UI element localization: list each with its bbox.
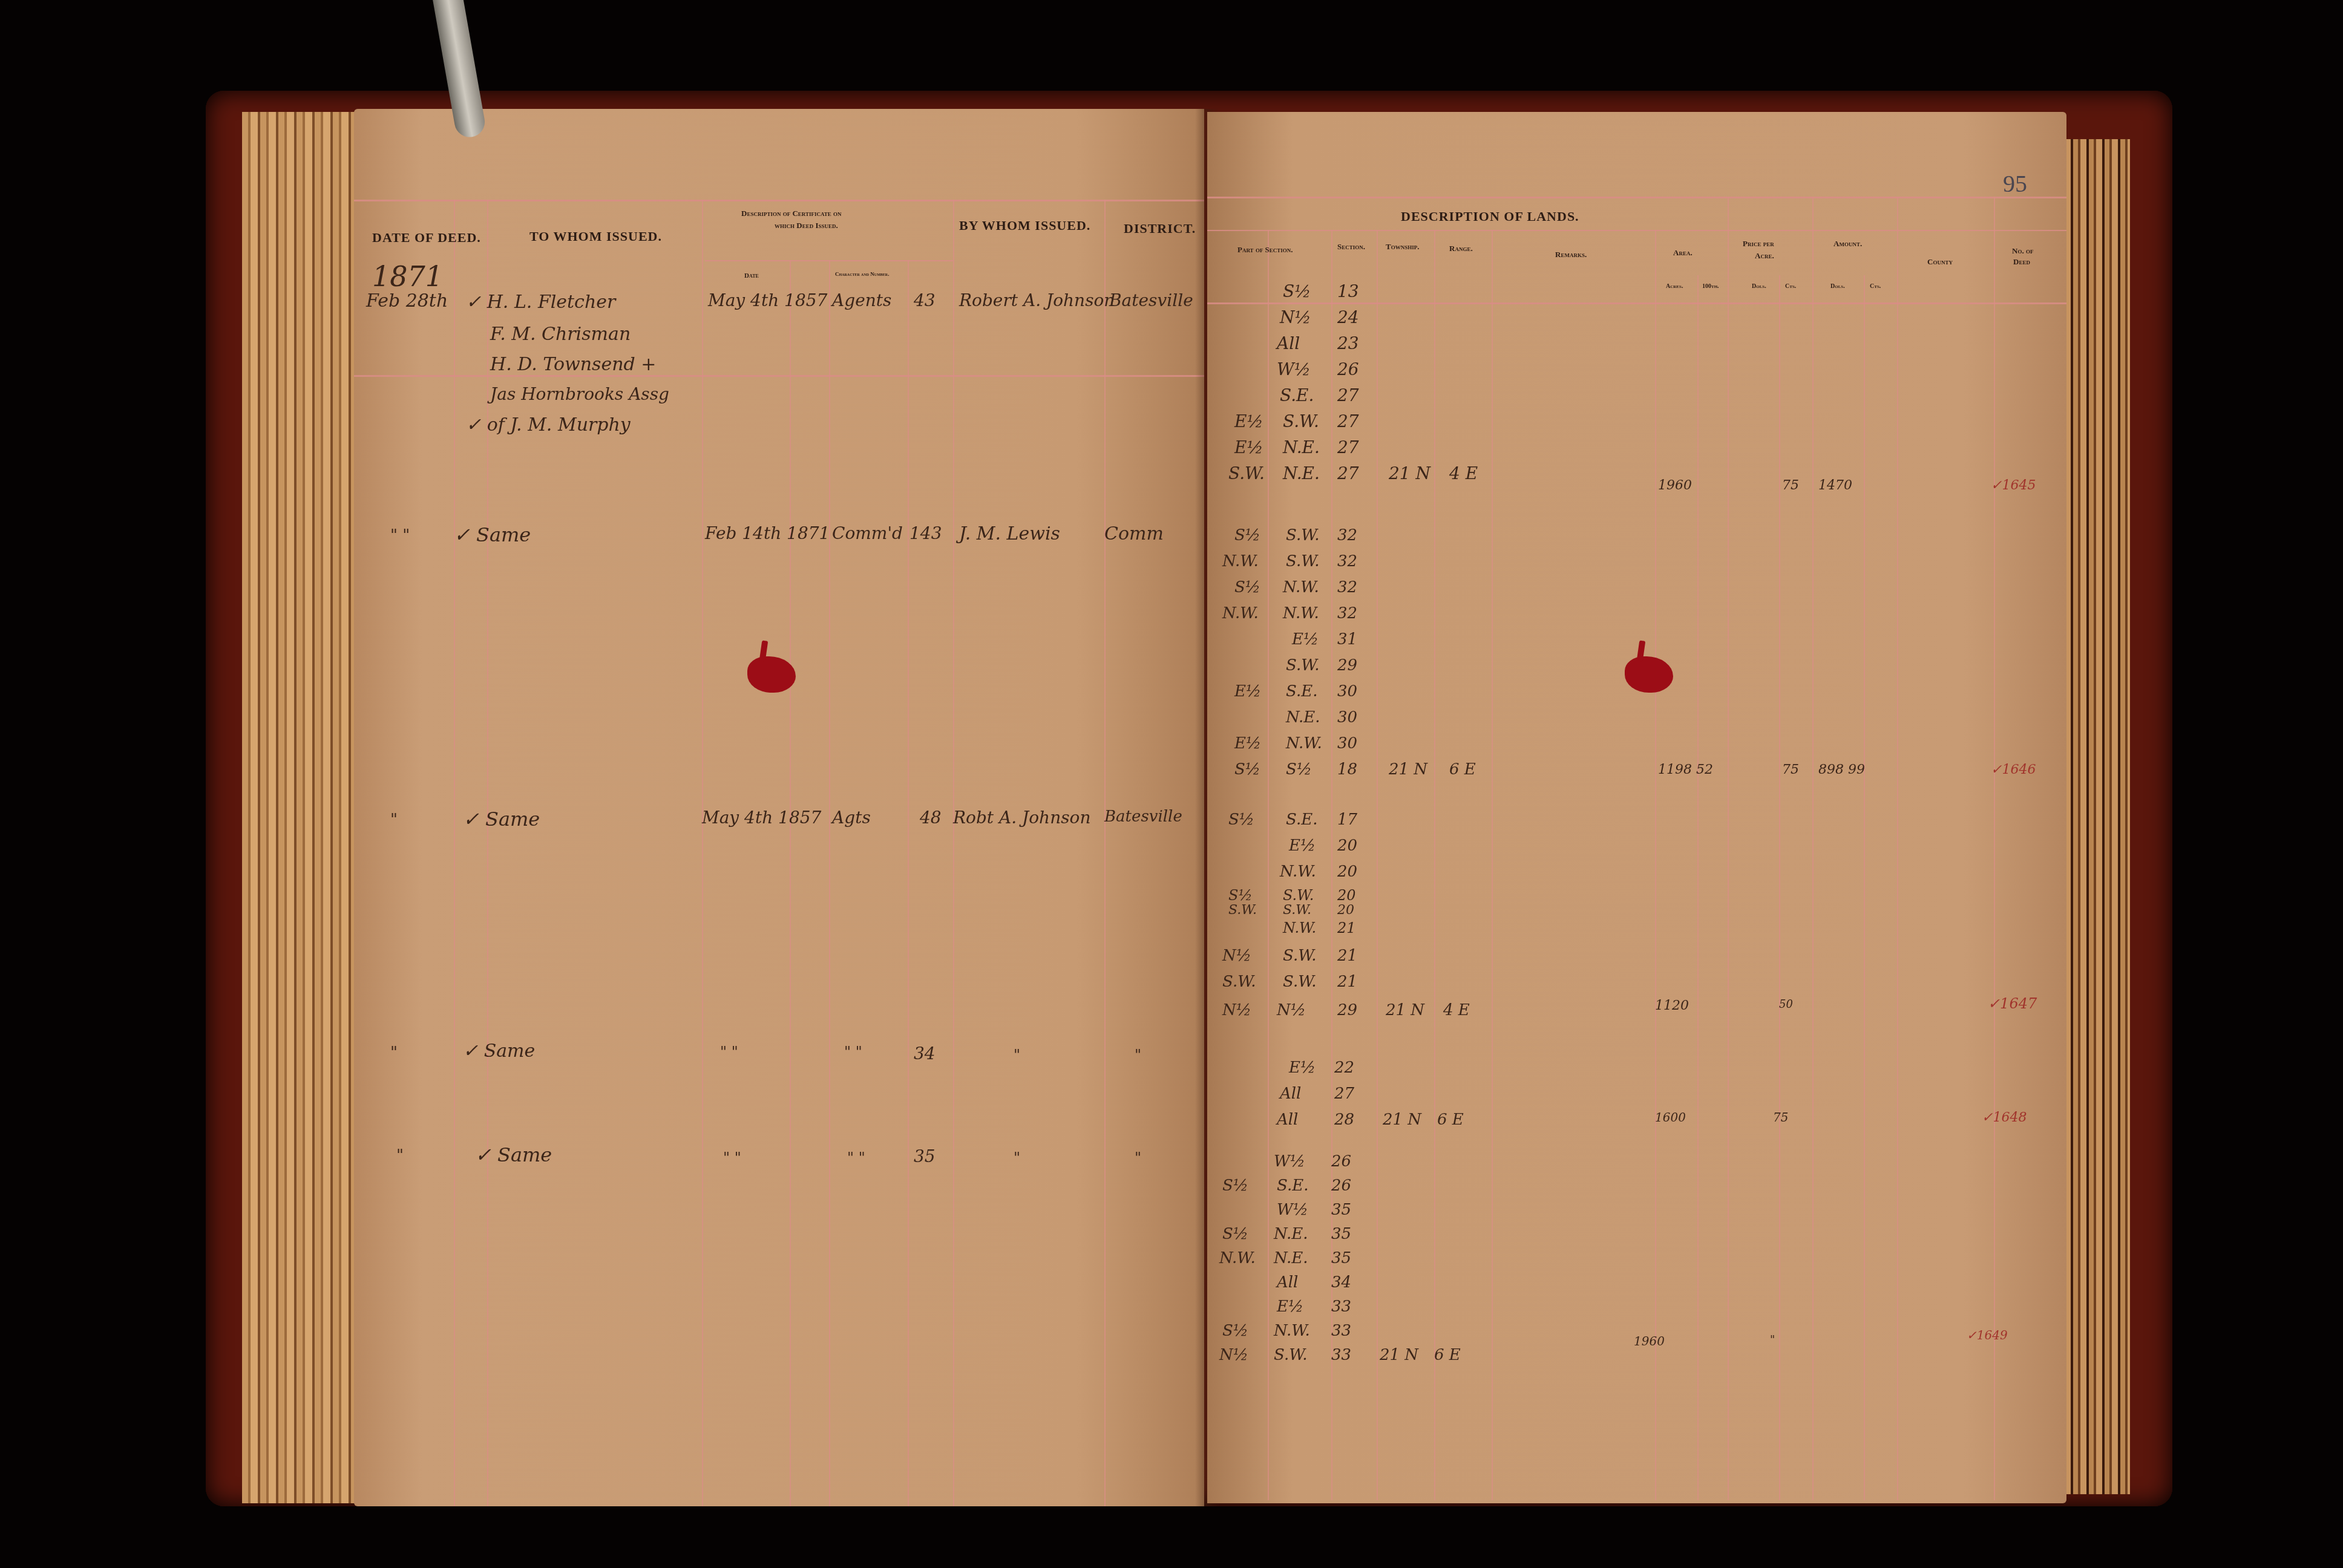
land-sub: S.W. bbox=[1283, 947, 1317, 965]
col-rule bbox=[829, 260, 830, 1506]
land-section: 24 bbox=[1337, 307, 1359, 327]
land-sub: S.W. bbox=[1283, 887, 1314, 904]
land-sub: W½ bbox=[1274, 1152, 1305, 1171]
header-description-of-lands: DESCRIPTION OF LANDS. bbox=[1401, 209, 1579, 224]
land-section: 30 bbox=[1337, 682, 1357, 701]
col-rule bbox=[487, 200, 488, 1506]
land-section: 30 bbox=[1337, 708, 1357, 727]
land-section: 17 bbox=[1337, 811, 1357, 829]
land-section: 22 bbox=[1334, 1059, 1354, 1077]
land-range: 6 E bbox=[1449, 760, 1476, 779]
entry-4-date: " bbox=[390, 1044, 398, 1062]
col-rule bbox=[1864, 275, 1865, 1500]
header-to-whom-issued: TO WHOM ISSUED. bbox=[529, 229, 662, 244]
land-section: 29 bbox=[1337, 656, 1357, 675]
entry-5-district: " bbox=[1135, 1149, 1141, 1166]
header-hundredths: 100th. bbox=[1702, 283, 1719, 290]
land-section: 35 bbox=[1331, 1249, 1351, 1267]
land-sub: N.W. bbox=[1283, 920, 1316, 936]
col-rule bbox=[1779, 275, 1780, 1500]
land-sub: S.W. bbox=[1286, 552, 1320, 570]
land-part: N½ bbox=[1222, 1001, 1251, 1019]
land-section: 27 bbox=[1337, 411, 1359, 431]
land-range: 6 E bbox=[1434, 1346, 1461, 1364]
land-section: 20 bbox=[1337, 863, 1357, 881]
land-sub: N½ bbox=[1277, 1001, 1306, 1019]
land-sub: S.W. bbox=[1286, 656, 1320, 675]
land-section: 27 bbox=[1337, 385, 1359, 405]
col-rule bbox=[953, 200, 954, 1506]
land-sub: S.E. bbox=[1286, 682, 1317, 701]
land-sub: N.W. bbox=[1283, 604, 1319, 622]
year: 1871 bbox=[372, 260, 443, 293]
entry-3-grantee: ✓ Same bbox=[463, 808, 540, 831]
entry-1-issuer: Robert A. Johnson bbox=[959, 290, 1115, 310]
entry-1-amount: 1470 bbox=[1818, 478, 1852, 493]
header-cert-desc-2: which Deed Issued. bbox=[775, 221, 838, 230]
land-part: S½ bbox=[1234, 526, 1260, 544]
entry-5-cert-date: " " bbox=[723, 1149, 741, 1166]
header-cents-2: Cts. bbox=[1870, 283, 1881, 290]
entry-4-grantee: ✓ Same bbox=[463, 1040, 535, 1062]
entry-1-district: Batesville bbox=[1109, 290, 1193, 310]
entry-4-issuer: " bbox=[1014, 1047, 1020, 1063]
land-sub: E½ bbox=[1289, 1059, 1316, 1077]
entry-1-grantee-2: F. M. Chrisman bbox=[490, 324, 631, 345]
land-sub: N½ bbox=[1280, 307, 1311, 327]
land-township: 21 N bbox=[1380, 1346, 1418, 1364]
land-section: 13 bbox=[1337, 281, 1359, 301]
entry-4-cert-number: 34 bbox=[914, 1044, 936, 1063]
land-section: 26 bbox=[1331, 1177, 1351, 1195]
entry-2-issuer: J. M. Lewis bbox=[959, 523, 1060, 544]
entry-2-cert-character: Comm'd bbox=[832, 523, 903, 543]
header-cert-character-number: Character and Number. bbox=[835, 271, 889, 277]
land-sub: S.E. bbox=[1280, 385, 1314, 405]
entry-2-amount: 898 99 bbox=[1818, 762, 1865, 777]
red-wax-seal-left bbox=[747, 656, 796, 693]
entry-4-area: 1600 bbox=[1655, 1110, 1686, 1125]
land-section: 26 bbox=[1337, 359, 1359, 379]
land-section: 29 bbox=[1337, 1001, 1357, 1019]
land-sub: S.W. bbox=[1274, 1346, 1308, 1364]
header-price-per-acre-1: Price per bbox=[1743, 239, 1774, 249]
entry-5-area: 1960 bbox=[1634, 1334, 1665, 1348]
entry-2-cert-date: Feb 14th 1871 bbox=[705, 523, 830, 543]
entry-1-cert-number: 43 bbox=[914, 290, 936, 310]
land-section: 23 bbox=[1337, 333, 1359, 353]
entry-1-price: 75 bbox=[1782, 478, 1799, 493]
land-sub: S.W. bbox=[1283, 973, 1317, 991]
land-section: 30 bbox=[1337, 734, 1357, 753]
entry-4-price: 75 bbox=[1773, 1110, 1788, 1125]
land-section: 35 bbox=[1331, 1201, 1351, 1219]
entry-5-cert-character: " " bbox=[847, 1149, 865, 1166]
land-sub: E½ bbox=[1292, 630, 1319, 648]
page-edges-left bbox=[242, 112, 357, 1503]
header-range: Range. bbox=[1449, 244, 1473, 253]
entry-4-cert-date: " " bbox=[720, 1044, 738, 1060]
page-edges-right bbox=[2057, 139, 2130, 1494]
header-no-of-deed-1: No. of bbox=[2012, 246, 2033, 256]
entry-2-district: Comm bbox=[1104, 523, 1164, 544]
col-rule bbox=[908, 260, 909, 1506]
entry-1-area: 1960 bbox=[1658, 478, 1692, 493]
land-part: E½ bbox=[1234, 411, 1263, 431]
header-district: DISTRICT. bbox=[1124, 221, 1196, 237]
land-sub: S.W. bbox=[1283, 411, 1319, 431]
col-rule bbox=[1377, 230, 1378, 1500]
land-part: S½ bbox=[1234, 760, 1260, 779]
header-rule-top bbox=[354, 200, 1204, 201]
entry-4-cert-character: " " bbox=[844, 1044, 862, 1060]
header-county: County bbox=[1927, 257, 1953, 267]
land-part: S½ bbox=[1222, 1177, 1248, 1195]
page-number: 95 bbox=[2003, 169, 2027, 198]
header-remarks: Remarks. bbox=[1555, 250, 1587, 260]
land-part: N.W. bbox=[1219, 1249, 1256, 1267]
land-section: 26 bbox=[1331, 1152, 1351, 1171]
land-sub: N.E. bbox=[1283, 437, 1320, 457]
land-sub: N.E. bbox=[1274, 1249, 1308, 1267]
entry-5-price: " bbox=[1770, 1334, 1775, 1347]
col-rule bbox=[1268, 230, 1269, 1500]
header-dollars-2: Dols. bbox=[1830, 283, 1845, 290]
land-sub: All bbox=[1277, 333, 1300, 353]
header-rule-bottom bbox=[1207, 302, 2066, 304]
header-rule-bottom bbox=[354, 375, 1204, 377]
land-section: 18 bbox=[1337, 760, 1357, 779]
col-rule bbox=[1994, 197, 1995, 1500]
header-township: Township. bbox=[1386, 242, 1419, 252]
header-cert-desc-1: Description of Certificate on bbox=[741, 209, 842, 218]
land-part: S½ bbox=[1234, 578, 1260, 596]
col-rule bbox=[454, 200, 455, 1506]
entry-2-deed-number: ✓1646 bbox=[1991, 762, 2036, 777]
entry-1-grantee-3: H. D. Townsend + bbox=[490, 354, 656, 375]
land-section: 32 bbox=[1337, 552, 1357, 570]
entry-3-deed-number: ✓1647 bbox=[1988, 995, 2037, 1012]
land-sub: S.E. bbox=[1286, 811, 1317, 829]
header-section: Section. bbox=[1337, 242, 1365, 252]
land-township: 21 N bbox=[1383, 1111, 1421, 1129]
land-section: 20 bbox=[1337, 903, 1354, 918]
land-part: N½ bbox=[1222, 947, 1251, 965]
right-page: 95 DESCRIPTION OF LANDS. Part of Section… bbox=[1207, 112, 2066, 1503]
land-sub: S.E. bbox=[1277, 1177, 1308, 1195]
land-section: 27 bbox=[1337, 437, 1359, 457]
header-part-of-section: Part of Section. bbox=[1237, 245, 1293, 255]
entry-5-deed-number: ✓1649 bbox=[1967, 1328, 2008, 1342]
land-section: 34 bbox=[1331, 1273, 1351, 1292]
col-rule bbox=[1697, 275, 1699, 1500]
land-part: S½ bbox=[1222, 1322, 1248, 1340]
entry-3-area: 1120 bbox=[1655, 998, 1689, 1013]
land-section: 27 bbox=[1337, 463, 1359, 483]
col-rule bbox=[702, 200, 703, 1506]
land-part: S½ bbox=[1228, 887, 1253, 904]
col-rule bbox=[1434, 230, 1435, 1500]
land-section: 31 bbox=[1337, 630, 1357, 648]
land-section: 21 bbox=[1337, 947, 1357, 965]
entry-2-price: 75 bbox=[1782, 762, 1799, 777]
header-date-of-deed: DATE OF DEED. bbox=[372, 230, 481, 246]
land-part: N.W. bbox=[1222, 604, 1259, 622]
land-township: 21 N bbox=[1389, 760, 1427, 779]
header-rule-top bbox=[1207, 197, 2066, 198]
land-section: 32 bbox=[1337, 604, 1357, 622]
land-sub: E½ bbox=[1277, 1298, 1303, 1316]
land-range: 4 E bbox=[1449, 463, 1478, 483]
land-section: 20 bbox=[1337, 887, 1356, 904]
land-section: 32 bbox=[1337, 578, 1357, 596]
col-rule bbox=[1492, 230, 1493, 1500]
land-section: 33 bbox=[1331, 1346, 1351, 1364]
red-wax-seal-right bbox=[1625, 656, 1673, 693]
land-part: S.W. bbox=[1222, 973, 1256, 991]
entry-2-area: 1198 52 bbox=[1658, 762, 1713, 777]
land-township: 21 N bbox=[1386, 1001, 1424, 1019]
header-by-whom-issued: BY WHOM ISSUED. bbox=[959, 218, 1090, 234]
col-rule bbox=[790, 260, 791, 1506]
land-part: E½ bbox=[1234, 682, 1261, 701]
entry-5-cert-number: 35 bbox=[914, 1146, 936, 1166]
entry-1-cert-date: May 4th 1857 bbox=[708, 290, 827, 310]
header-rule-mid bbox=[1207, 230, 2066, 231]
header-cert-date: Date bbox=[744, 272, 759, 279]
entry-3-cert-date: May 4th 1857 bbox=[702, 808, 821, 828]
land-section: 33 bbox=[1331, 1298, 1351, 1316]
land-sub: E½ bbox=[1289, 837, 1316, 855]
land-section: 21 bbox=[1337, 973, 1357, 991]
entry-5-grantee: ✓ Same bbox=[475, 1143, 552, 1166]
land-sub: S.W. bbox=[1286, 526, 1320, 544]
header-no-of-deed-2: Deed bbox=[2013, 257, 2030, 267]
land-township: 21 N bbox=[1389, 463, 1430, 483]
header-cents-1: Cts. bbox=[1785, 283, 1796, 290]
entry-2-date: " " bbox=[390, 526, 410, 544]
land-sub: All bbox=[1277, 1111, 1298, 1129]
entry-3-district: Batesville bbox=[1104, 808, 1182, 826]
land-sub: All bbox=[1280, 1085, 1301, 1103]
land-sub: N.E. bbox=[1283, 463, 1320, 483]
entry-3-cert-character: Agts bbox=[832, 808, 871, 828]
land-sub: W½ bbox=[1277, 359, 1311, 379]
entry-1-deed-number: ✓1645 bbox=[1991, 478, 2036, 493]
col-rule bbox=[1104, 200, 1106, 1506]
land-section: 35 bbox=[1331, 1225, 1351, 1243]
land-sub: S.W. bbox=[1283, 903, 1311, 918]
land-section: 27 bbox=[1334, 1085, 1354, 1103]
land-sub: All bbox=[1277, 1273, 1298, 1292]
land-section: 33 bbox=[1331, 1322, 1351, 1340]
land-section: 32 bbox=[1337, 526, 1357, 544]
entry-3-price: 50 bbox=[1779, 998, 1793, 1011]
header-dollars-1: Dols. bbox=[1752, 283, 1766, 290]
entry-1-grantee-1: ✓ H. L. Fletcher bbox=[466, 292, 615, 313]
entry-3-issuer: Robt A. Johnson bbox=[953, 808, 1090, 828]
land-sub: N.W. bbox=[1283, 578, 1319, 596]
land-part: S½ bbox=[1228, 811, 1254, 829]
entry-3-cert-number: 48 bbox=[920, 808, 942, 828]
land-sub: S½ bbox=[1286, 760, 1312, 779]
land-part: E½ bbox=[1234, 734, 1261, 753]
land-sub: N.W. bbox=[1274, 1322, 1310, 1340]
col-rule bbox=[1812, 197, 1814, 1500]
land-sub: N.W. bbox=[1280, 863, 1316, 881]
land-sub: N.E. bbox=[1286, 708, 1320, 727]
entry-2-cert-number: 143 bbox=[909, 523, 942, 543]
entry-2-grantee: ✓ Same bbox=[454, 523, 531, 546]
land-sub: N.W. bbox=[1286, 734, 1322, 753]
land-part: S.W. bbox=[1228, 463, 1265, 483]
col-rule bbox=[1897, 197, 1898, 1500]
col-rule bbox=[1728, 197, 1729, 1500]
land-range: 4 E bbox=[1443, 1001, 1470, 1019]
entry-5-issuer: " bbox=[1014, 1149, 1020, 1166]
entry-1-grantee-5: ✓ of J. M. Murphy bbox=[466, 414, 631, 436]
land-section: 20 bbox=[1337, 837, 1357, 855]
land-range: 6 E bbox=[1437, 1111, 1464, 1129]
header-area: Area. bbox=[1673, 248, 1693, 258]
left-page: DATE OF DEED. TO WHOM ISSUED. Descriptio… bbox=[354, 109, 1204, 1506]
col-rule bbox=[1655, 230, 1656, 1500]
land-sub: N.E. bbox=[1274, 1225, 1308, 1243]
entry-4-district: " bbox=[1135, 1047, 1141, 1063]
land-section: 28 bbox=[1334, 1111, 1354, 1129]
entry-4-deed-number: ✓1648 bbox=[1982, 1110, 2027, 1125]
header-price-per-acre-2: Acre. bbox=[1755, 251, 1774, 261]
entry-1-cert-character: Agents bbox=[832, 290, 891, 310]
land-sub: S½ bbox=[1283, 281, 1311, 301]
land-part: N½ bbox=[1219, 1346, 1248, 1364]
land-section: 21 bbox=[1337, 920, 1356, 936]
land-part: N.W. bbox=[1222, 552, 1259, 570]
land-part: S.W. bbox=[1228, 903, 1257, 918]
land-part: S½ bbox=[1222, 1225, 1248, 1243]
entry-1-grantee-4: Jas Hornbrooks Assg bbox=[490, 384, 669, 404]
header-acres: Acres. bbox=[1666, 283, 1683, 290]
land-part: E½ bbox=[1234, 437, 1263, 457]
entry-1-date: Feb 28th bbox=[366, 290, 448, 312]
entry-3-date: " bbox=[390, 811, 398, 829]
land-sub: W½ bbox=[1277, 1201, 1308, 1219]
entry-5-date: " bbox=[396, 1146, 404, 1165]
header-amount: Amount. bbox=[1833, 239, 1862, 249]
